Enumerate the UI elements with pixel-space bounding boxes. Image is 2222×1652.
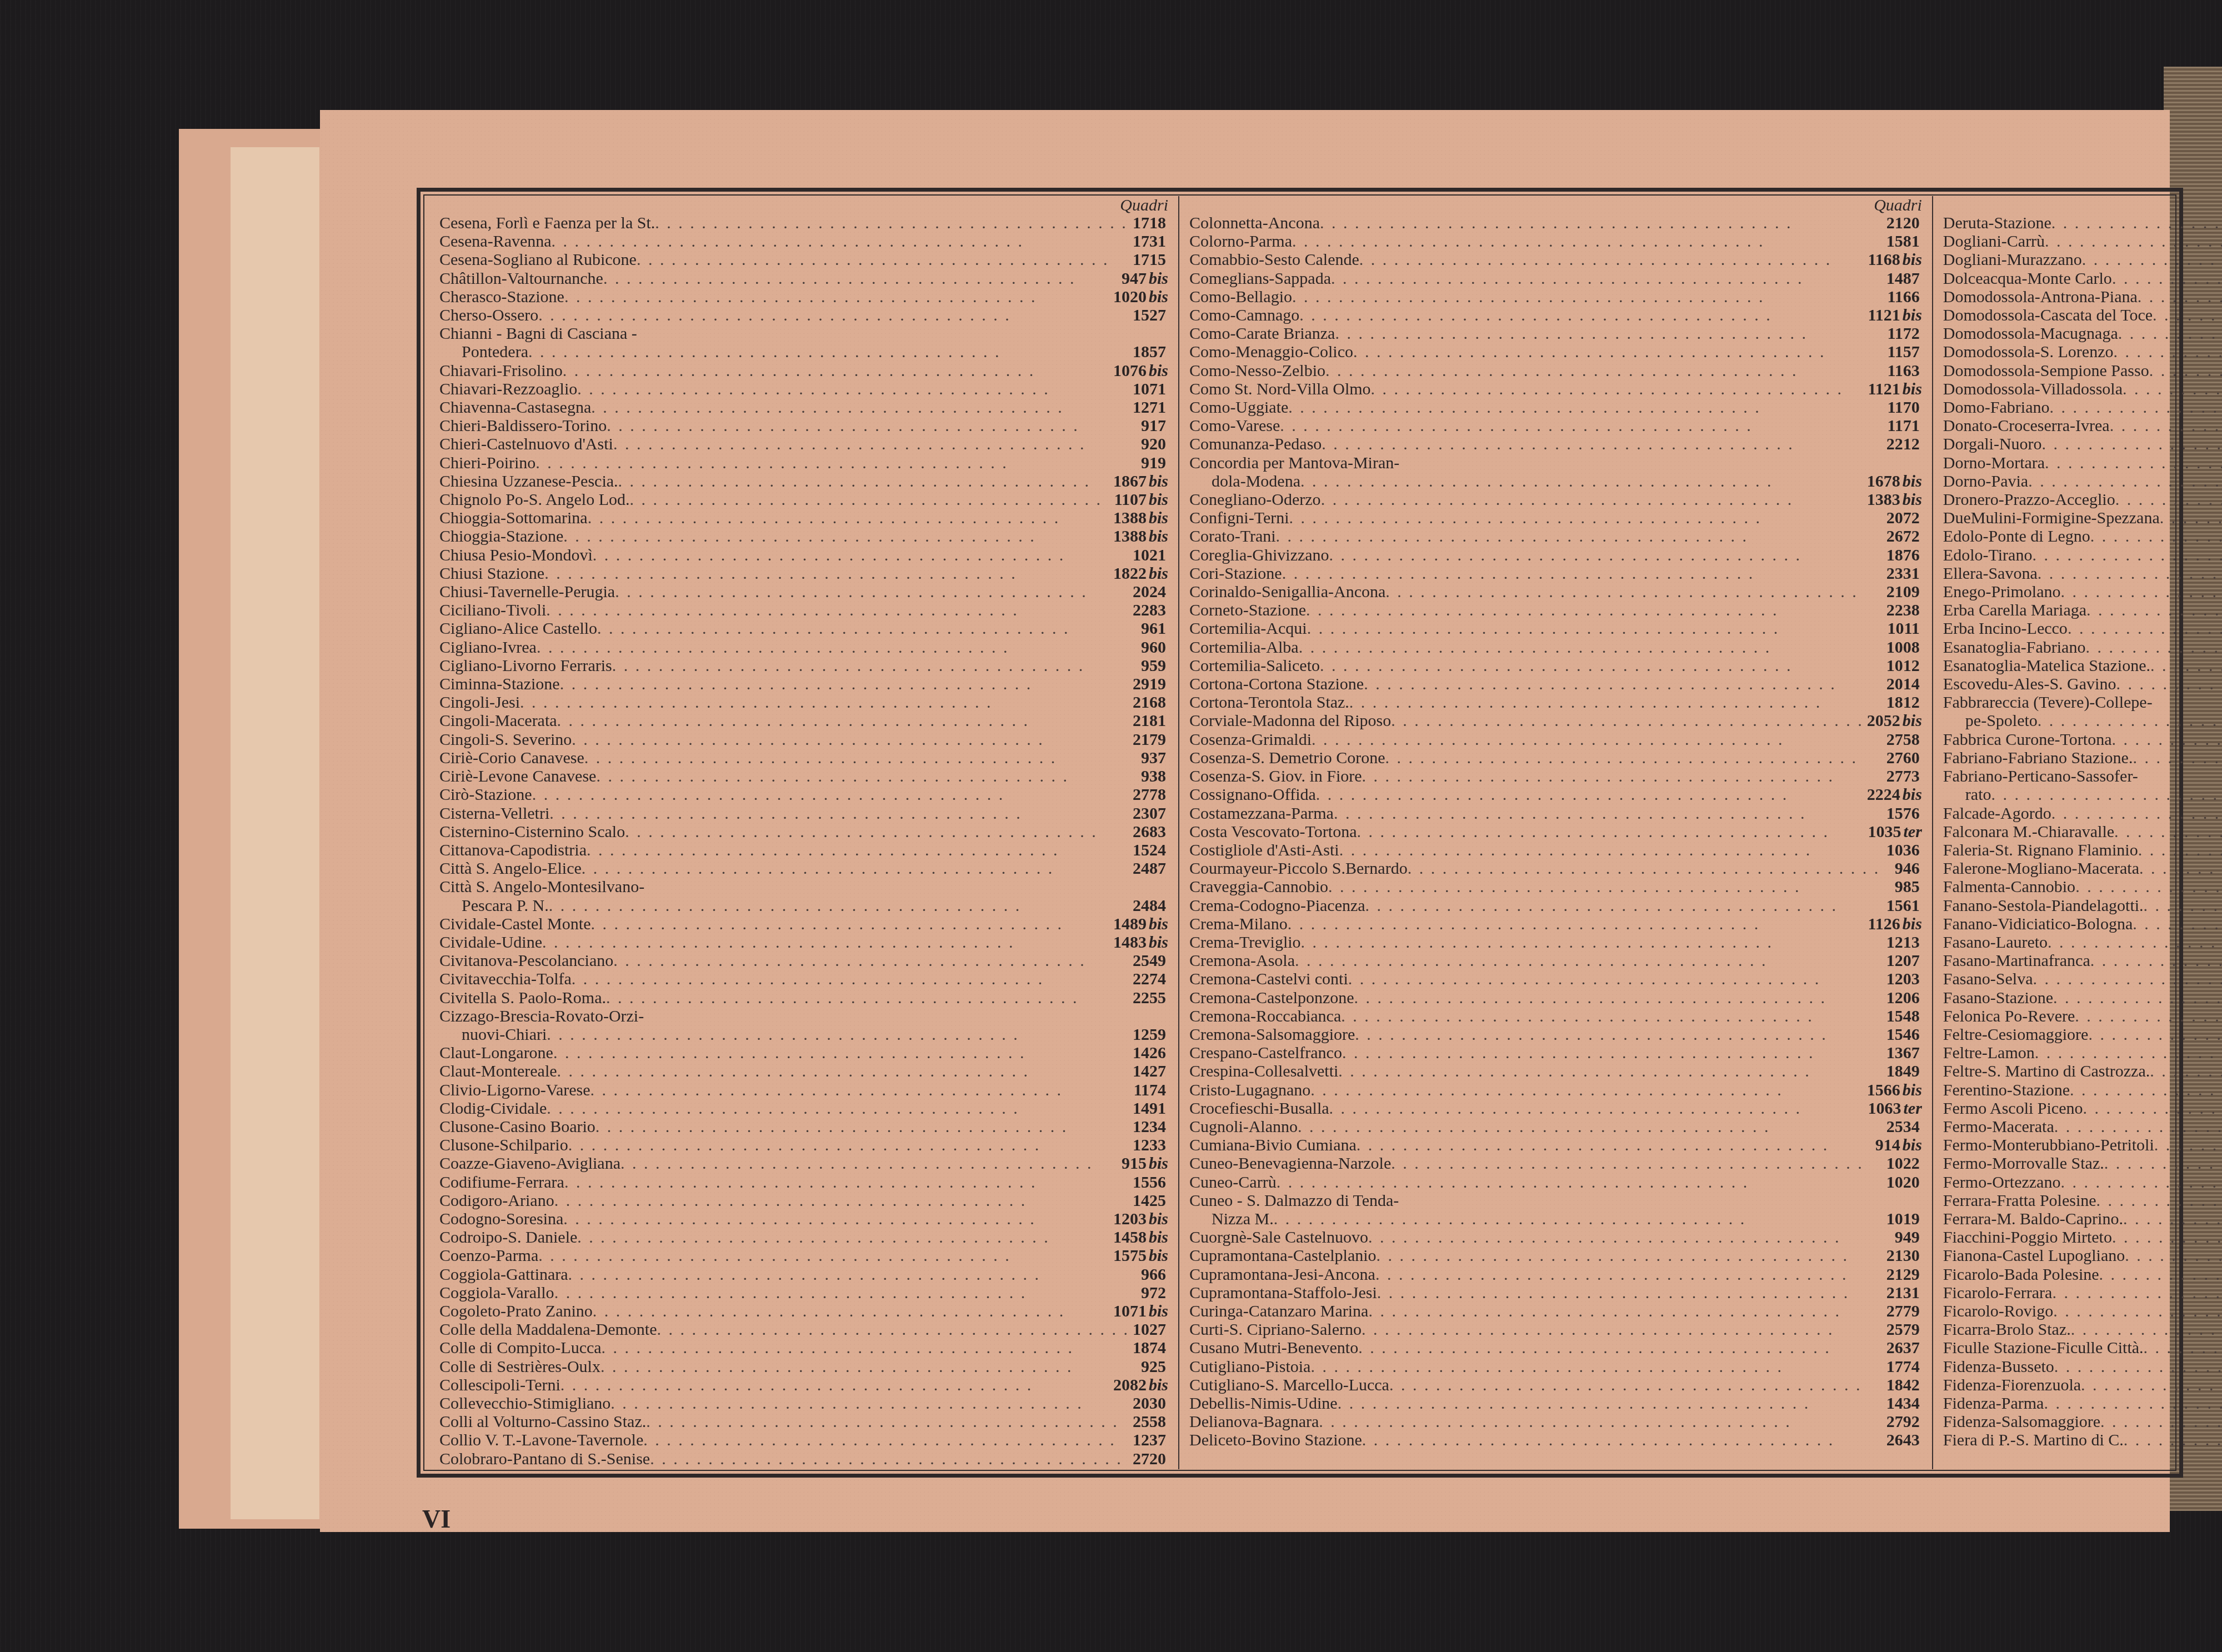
station-route-name: Ficulle Stazione-Ficulle Città. <box>1943 1339 2144 1357</box>
table-number-value: 1774 <box>1886 1358 1920 1376</box>
dot-leader <box>2123 1210 2222 1228</box>
table-number: 1021 <box>1129 546 1168 564</box>
table-number-suffix: bis <box>1149 490 1168 509</box>
table-number-value: 2024 <box>1133 583 1166 601</box>
table-number: 1367 <box>1883 1044 1922 1062</box>
table-number: 1107bis <box>1111 490 1168 509</box>
station-route-name: Cuneo - S. Dalmazzo di Tenda- <box>1189 1192 1399 1210</box>
table-number-value: 2579 <box>1886 1320 1920 1339</box>
table-number: 1581 <box>1883 232 1922 251</box>
table-number-value: 1011 <box>1887 619 1919 638</box>
table-number-suffix: bis <box>1903 472 1922 490</box>
table-number: 949 <box>1891 1228 1922 1246</box>
table-number: 1548 <box>1883 1007 1922 1025</box>
table-number: 1388bis <box>1110 527 1168 545</box>
station-route-name: Ficarolo-Bada Polesine <box>1943 1265 2099 1284</box>
table-number: 2549 <box>1129 952 1168 970</box>
dot-leader <box>1310 1081 1863 1099</box>
table-number-value: 1121 <box>1868 380 1900 398</box>
table-number: 2024 <box>1129 583 1168 601</box>
table-number-value: 960 <box>1141 638 1166 657</box>
table-number-value: 1491 <box>1133 1099 1166 1118</box>
station-route-name: Civitavecchia-Tolfa <box>439 970 572 988</box>
table-number: 2643 <box>1883 1431 1922 1449</box>
index-entry: Fanano-Vidiciatico-Bologna1698 <box>1943 915 2222 933</box>
table-number-value: 2283 <box>1133 601 1166 619</box>
dot-leader <box>549 897 1129 915</box>
table-number: 2672 <box>1883 527 1922 545</box>
table-number-suffix: bis <box>1149 527 1168 545</box>
index-entry: Fidenza-Busseto1588 <box>1943 1358 2222 1376</box>
table-number-value: 966 <box>1141 1265 1166 1284</box>
dot-leader <box>655 214 1129 232</box>
table-number: 1876 <box>1883 546 1922 564</box>
index-entry: Codogno-Soresina1203bis <box>439 1210 1168 1228</box>
dot-leader <box>1362 767 1883 785</box>
dot-leader <box>1338 1394 1883 1413</box>
station-route-name: Clodig-Cividale <box>439 1099 547 1118</box>
index-entry: Cuneo-Benevagienna-Narzole1022 <box>1189 1154 1922 1173</box>
index-entry: Crema-Milano1126bis <box>1189 915 1922 933</box>
station-route-name: Cesena, Forlì e Faenza per la St. <box>439 214 655 232</box>
dot-leader <box>1299 638 1883 657</box>
index-entry: Ciminna-Stazione2919 <box>439 675 1168 693</box>
table-number: 1561 <box>1883 897 1922 915</box>
station-route-name: Pescara P. N. <box>439 897 549 915</box>
index-entry: Dronero-Prazzo-Acceglio1026 <box>1943 490 2222 509</box>
station-route-name: Codifiume-Ferrara <box>439 1173 564 1192</box>
table-number-suffix: ter <box>1904 1099 1922 1118</box>
dot-leader <box>593 1302 1110 1320</box>
dot-leader <box>602 1339 1129 1357</box>
station-route-name: Fasano-Selva <box>1943 970 2033 988</box>
index-entry: Edolo-Tirano1281 <box>1943 546 2222 564</box>
table-number: 2307 <box>1129 804 1168 823</box>
index-entry: Fidenza-Salsomaggiore1590bis <box>1943 1413 2222 1431</box>
table-number: 1678bis <box>1864 472 1922 490</box>
table-number: 1166 <box>1884 288 1921 306</box>
dot-leader <box>2082 251 2222 269</box>
index-entry: Coggiola-Gattinara966 <box>439 1265 1168 1284</box>
dot-leader <box>1320 214 1883 232</box>
index-entry: Cesena, Forlì e Faenza per la St.1718 <box>439 214 1168 232</box>
station-route-name: Cuneo-Carrù <box>1189 1173 1277 1192</box>
dot-leader <box>1375 1265 1883 1284</box>
dot-leader <box>564 1173 1129 1192</box>
dot-leader <box>2054 1358 2222 1376</box>
dot-leader <box>2110 417 2222 435</box>
index-entry: Chioggia-Sottomarina1388bis <box>439 509 1168 527</box>
table-number: 1527 <box>1129 306 1168 324</box>
station-route-name: Châtillon-Valtournanche <box>439 269 603 288</box>
index-entry: Debellis-Nimis-Udine1434 <box>1189 1394 1922 1413</box>
table-number-value: 1857 <box>1133 343 1166 361</box>
table-number: 1849 <box>1883 1062 1922 1080</box>
station-route-name: Fidenza-Parma <box>1943 1394 2044 1413</box>
table-number: 2168 <box>1129 693 1168 712</box>
table-number-suffix: bis <box>1903 915 1922 933</box>
dot-leader <box>544 564 1110 583</box>
index-entry: Fiera di P.-S. Martino di C.1338bis <box>1943 1431 2222 1449</box>
table-number-value: 1008 <box>1886 638 1920 657</box>
station-index-table: QuadriCesena, Forlì e Faenza per la St.1… <box>417 188 2183 1478</box>
index-entry: Crespina-Collesalvetti1849 <box>1189 1062 1922 1080</box>
station-route-name: Como-Nesso-Zelbio <box>1189 362 1325 380</box>
index-entry: Dorno-Mortara1101 <box>1943 454 2222 472</box>
table-number: 1233 <box>1129 1136 1168 1154</box>
dot-leader <box>2113 343 2222 361</box>
station-route-name: Erba Carella Mariaga <box>1943 601 2086 619</box>
dot-leader <box>2075 878 2222 896</box>
station-route-name: Ferentino-Stazione <box>1943 1081 2070 1099</box>
index-entry: Costamezzana-Parma1576 <box>1189 804 1922 823</box>
index-entry: Cigliano-Ivrea960 <box>439 638 1168 657</box>
table-number-value: 1718 <box>1133 214 1166 232</box>
index-entry: rato2163 <box>1943 785 2222 804</box>
index-entry: Como St. Nord-Villa Olmo1121bis <box>1189 380 1922 398</box>
table-number-value: 2131 <box>1886 1284 1920 1302</box>
station-route-name: Cortemilia-Acqui <box>1189 619 1307 638</box>
dot-leader <box>618 472 1110 490</box>
station-route-name: Cigliano-Livorno Ferraris <box>439 657 612 675</box>
station-route-name: Cisterna-Velletri <box>439 804 549 823</box>
table-number: 966 <box>1138 1265 1168 1284</box>
dot-leader <box>1365 897 1883 915</box>
table-number-suffix: bis <box>1903 785 1922 804</box>
index-entry: Corato-Trani2672 <box>1189 527 1922 545</box>
station-route-name: Codroipo-S. Daniele <box>439 1228 577 1246</box>
dot-leader <box>1289 509 1883 527</box>
dot-leader <box>1359 251 1865 269</box>
index-entry: Colobraro-Pantano di S.-Senise2720 <box>439 1450 1168 1468</box>
table-number-value: 1812 <box>1886 693 1920 712</box>
dot-leader <box>2123 380 2222 398</box>
station-route-name: Fermo-Monterubbiano-Petritoli <box>1943 1136 2154 1154</box>
table-number: 1857 <box>1129 343 1168 361</box>
station-route-name: Cherasco-Stazione <box>439 288 564 306</box>
index-entry: Escovedu-Ales-S. Gavino2951 <box>1943 675 2222 693</box>
table-number-suffix: bis <box>1903 1136 1922 1154</box>
index-entry: Cupramontana-Castelplanio2130 <box>1189 1246 1922 1265</box>
dot-leader <box>560 675 1129 693</box>
station-route-name: Pontedera <box>439 343 528 361</box>
dot-leader <box>2154 1136 2222 1154</box>
dot-leader <box>2051 804 2222 823</box>
table-columns: QuadriCesena, Forlì e Faenza per la St.1… <box>429 196 2170 1469</box>
station-route-name: Claut-Longarone <box>439 1044 553 1062</box>
dot-leader <box>2144 897 2222 915</box>
dot-leader <box>587 841 1129 859</box>
dot-leader <box>1282 564 1883 583</box>
dot-leader <box>2083 1099 2222 1118</box>
table-number-value: 1203 <box>1113 1210 1147 1228</box>
dot-leader <box>637 251 1129 269</box>
index-entry: Cusano Mutri-Benevento2637 <box>1189 1339 1922 1357</box>
station-route-name: Como-Uggiate <box>1189 398 1288 417</box>
dot-leader <box>1329 1099 1865 1118</box>
station-route-name: Ferrara-M. Baldo-Caprino. <box>1943 1210 2123 1228</box>
index-entry: Cortemilia-Acqui1011 <box>1189 619 1922 638</box>
station-route-name: Falerone-Mogliano-Macerata <box>1943 859 2139 878</box>
table-number-value: 1020 <box>1886 1173 1920 1192</box>
table-number: 1483bis <box>1110 933 1168 952</box>
dot-leader <box>2160 509 2222 527</box>
index-entry: Ferrara-M. Baldo-Caprino.1415bis <box>1943 1210 2222 1228</box>
station-route-name: Clusone-Casino Boario <box>439 1118 595 1136</box>
table-number: 2778 <box>1129 785 1168 804</box>
index-entry: Cori-Stazione2331 <box>1189 564 1922 583</box>
index-entry: Ellera-Savona1053 bis, 1054bis <box>1943 564 2222 583</box>
station-route-name: Cingoli-Jesi <box>439 693 520 712</box>
station-route-name: Coenzo-Parma <box>439 1246 538 1265</box>
dot-leader <box>646 1413 1129 1431</box>
book-page: QuadriCesena, Forlì e Faenza per la St.1… <box>320 110 2170 1532</box>
station-route-name: Codogno-Soresina <box>439 1210 563 1228</box>
index-entry: Dogliani-Carrù1006 <box>1943 232 2222 251</box>
table-number-value: 2181 <box>1133 712 1166 730</box>
index-entry: Clusone-Casino Boario1234 <box>439 1118 1168 1136</box>
index-entry: Cortemilia-Alba1008 <box>1189 638 1922 657</box>
index-entry: Cingoli-Jesi2168 <box>439 693 1168 712</box>
index-entry: Delianova-Bagnara2792 <box>1189 1413 1922 1431</box>
index-entry: Cristo-Lugagnano1566bis <box>1189 1081 1922 1099</box>
station-route-name: Codigoro-Ariano <box>439 1192 554 1210</box>
dot-leader <box>2045 454 2222 472</box>
dot-leader <box>520 693 1129 712</box>
index-entry: Clusone-Schilpario1233 <box>439 1136 1168 1154</box>
index-entry: Esanatoglia-Matelica Stazione.2061 <box>1943 657 2222 675</box>
table-number-value: 947 <box>1122 269 1147 288</box>
dot-leader <box>1358 1339 1883 1357</box>
dot-leader <box>2081 1376 2222 1394</box>
station-route-name: Fermo-Ortezzano <box>1943 1173 2061 1192</box>
table-number: 1027 <box>1129 1320 1168 1339</box>
station-route-name: Cutigliano-Pistoia <box>1189 1358 1310 1376</box>
table-number: 1203bis <box>1110 1210 1168 1228</box>
station-route-name: Cherso-Ossero <box>439 306 538 324</box>
table-number-suffix: bis <box>1149 1246 1168 1265</box>
dot-leader <box>2038 564 2222 583</box>
table-number-value: 1483 <box>1113 933 1147 952</box>
table-number-value: 2919 <box>1133 675 1166 693</box>
station-route-name: Colle di Sestrières-Oulx <box>439 1358 600 1376</box>
station-route-name: nuovi-Chiari <box>439 1025 547 1044</box>
station-route-name: Comabbio-Sesto Calende <box>1189 251 1359 269</box>
table-number-value: 1487 <box>1886 269 1920 288</box>
table-number-value: 1867 <box>1113 472 1147 490</box>
index-entry: Colle di Sestrières-Oulx925 <box>439 1358 1168 1376</box>
dot-leader <box>1301 933 1883 952</box>
station-route-name: Ciriè-Levone Canavese <box>439 767 596 785</box>
dot-leader <box>1306 601 1883 619</box>
table-number-value: 1012 <box>1886 657 1920 675</box>
index-entry: Chieri-Castelnuovo d'Asti920 <box>439 435 1168 453</box>
station-route-name: Colorno-Parma <box>1189 232 1292 251</box>
dot-leader <box>1357 1136 1872 1154</box>
station-route-name: Corinaldo-Senigallia-Ancona <box>1189 583 1385 601</box>
index-entry: Crespano-Castelfranco1367 <box>1189 1044 1922 1062</box>
dot-leader <box>2111 730 2222 749</box>
table-number-value: 2255 <box>1133 989 1166 1007</box>
dot-leader <box>2075 1007 2222 1025</box>
table-number-value: 1259 <box>1133 1025 1166 1044</box>
table-number: 1731 <box>1129 232 1168 251</box>
table-number-suffix: ter <box>1904 823 1922 841</box>
index-entry: Città S. Angelo-Elice2487 <box>439 859 1168 878</box>
station-route-name: Concordia per Mantova-Miran- <box>1189 454 1399 472</box>
dot-leader <box>1348 970 1883 988</box>
table-number: 1575bis <box>1110 1246 1168 1265</box>
station-route-name: Coggiola-Gattinara <box>439 1265 568 1284</box>
table-number: 2212 <box>1883 435 1922 453</box>
station-route-name: Comeglians-Sappada <box>1189 269 1331 288</box>
table-number-value: 1126 <box>1868 915 1900 933</box>
table-number: 1022 <box>1883 1154 1922 1173</box>
station-route-name: Cutigliano-S. Marcello-Lucca <box>1189 1376 1389 1394</box>
table-number: 1121bis <box>1864 380 1921 398</box>
station-route-name: Comunanza-Pedaso <box>1189 435 1322 453</box>
station-route-name: Costigliole d'Asti-Asti <box>1189 841 1339 859</box>
table-number: 2255 <box>1129 989 1168 1007</box>
dot-leader <box>2124 1431 2222 1449</box>
table-number: 1556 <box>1129 1173 1168 1192</box>
index-entry: Cortemilia-Saliceto1012 <box>1189 657 1922 675</box>
dot-leader <box>554 1192 1129 1210</box>
station-route-name: Città S. Angelo-Elice <box>439 859 582 878</box>
station-route-name: Erba Incino-Lecco <box>1943 619 2068 638</box>
station-route-name: Feltre-S. Martino di Castrozza. <box>1943 1062 2150 1080</box>
dot-leader <box>1385 749 1883 767</box>
index-entry: Dorgali-Nuoro2942 <box>1943 435 2222 453</box>
table-number: 1874 <box>1129 1339 1168 1357</box>
table-number-value: 2307 <box>1133 804 1166 823</box>
index-entry: Cumiana-Bivio Cumiana914bis <box>1189 1136 1922 1154</box>
table-number: 2919 <box>1129 675 1168 693</box>
index-entry: Ferrara-Fratta Polesine1555 <box>1943 1192 2222 1210</box>
station-route-name: Fidenza-Salsomaggiore <box>1943 1413 2100 1431</box>
dot-leader <box>2086 601 2222 619</box>
station-route-name: Fermo-Macerata <box>1943 1118 2054 1136</box>
station-route-name: Conegliano-Oderzo <box>1189 490 1321 509</box>
index-entry: Cizzago-Brescia-Rovato-Orzi- <box>439 1007 1168 1025</box>
station-route-name: Cortemilia-Alba <box>1189 638 1299 657</box>
station-route-name: Cirò-Stazione <box>439 785 532 804</box>
dot-leader <box>2133 915 2222 933</box>
station-route-name: Cuneo-Benevagienna-Narzole <box>1189 1154 1391 1173</box>
table-number-value: 2052 <box>1867 712 1900 730</box>
station-route-name: Cremona-Castelponzone <box>1189 989 1354 1007</box>
station-route-name: Chianni - Bagni di Casciana - <box>439 324 637 343</box>
index-entry: Pontedera1857 <box>439 343 1168 361</box>
index-entry: Cisternino-Cisternino Scalo2683 <box>439 823 1168 841</box>
station-route-name: Crema-Milano <box>1189 915 1288 933</box>
dot-leader <box>2052 1284 2222 1302</box>
station-route-name: Ciciliano-Tivoli <box>439 601 546 619</box>
station-route-name: Fidenza-Busseto <box>1943 1358 2054 1376</box>
station-route-name: Chiesina Uzzanese-Pescia. <box>439 472 618 490</box>
table-number: 2331 <box>1883 564 1922 583</box>
table-number-value: 1107 <box>1114 490 1147 509</box>
dot-leader <box>1377 1284 1883 1302</box>
dot-leader <box>607 417 1138 435</box>
dot-leader <box>1320 657 1883 675</box>
station-route-name: Dolceacqua-Monte Carlo <box>1943 269 2112 288</box>
index-entry: Cividale-Udine1483bis <box>439 933 1168 952</box>
table-number-value: 1172 <box>1887 324 1919 343</box>
table-number-value: 2109 <box>1886 583 1920 601</box>
table-number <box>1163 878 1168 896</box>
index-entry: Domo-Fabriano2162 <box>1943 398 2222 417</box>
station-route-name: Enego-Primolano <box>1943 583 2061 601</box>
table-number: 938 <box>1138 767 1168 785</box>
station-route-name: Chignolo Po-S. Angelo Lod. <box>439 490 630 509</box>
dot-leader <box>1335 324 1884 343</box>
index-entry: Chignolo Po-S. Angelo Lod.1107bis <box>439 490 1168 509</box>
dot-leader <box>564 288 1110 306</box>
table-number-value: 1076 <box>1113 362 1147 380</box>
table-number-value: 949 <box>1895 1228 1920 1246</box>
table-number: 1206 <box>1883 989 1922 1007</box>
station-route-name: Cortemilia-Saliceto <box>1189 657 1320 675</box>
table-number-suffix: bis <box>1149 1210 1168 1228</box>
station-route-name: Felonica Po-Revere <box>1943 1007 2075 1025</box>
dot-leader <box>2149 362 2222 380</box>
back-page-insert <box>231 147 319 1519</box>
table-number: 2120 <box>1883 214 1922 232</box>
index-entry: Fermo-Morrovalle Staz.2201 <box>1943 1154 2222 1173</box>
table-number-value: 1170 <box>1887 398 1919 417</box>
dot-leader <box>2028 472 2222 490</box>
table-number: 2082bis <box>1110 1376 1168 1394</box>
table-number: 1174 <box>1130 1081 1168 1099</box>
dot-leader <box>2096 1192 2222 1210</box>
table-number: 1259 <box>1129 1025 1168 1044</box>
dot-leader <box>2115 490 2222 509</box>
station-route-name: Dorgali-Nuoro <box>1943 435 2042 453</box>
dot-leader <box>553 1044 1129 1062</box>
index-entry: Corinaldo-Senigallia-Ancona2109 <box>1189 583 1922 601</box>
station-route-name: Feltre-Cesiomaggiore <box>1943 1025 2089 1044</box>
table-number: 1715 <box>1129 251 1168 269</box>
station-route-name: Domodossola-Villadossola <box>1943 380 2123 398</box>
station-route-name: Chiavari-Frisolino <box>439 362 563 380</box>
index-entry: Collescipoli-Terni2082bis <box>439 1376 1168 1394</box>
index-entry: Ciriè-Corio Canavese937 <box>439 749 1168 767</box>
station-route-name: Dorno-Mortara <box>1943 454 2045 472</box>
table-number: 2534 <box>1883 1118 1922 1136</box>
station-route-name: Cremona-Roccabianca <box>1189 1007 1341 1025</box>
table-number-value: 2643 <box>1886 1431 1920 1449</box>
dot-leader <box>2153 306 2222 324</box>
dot-leader <box>2133 749 2222 767</box>
station-route-name: Deruta-Stazione <box>1943 214 2051 232</box>
table-number-value: 2030 <box>1133 1394 1166 1413</box>
index-entry: Erba Incino-Lecco1178 <box>1943 619 2222 638</box>
index-entry: Falerone-Mogliano-Macerata2201bis <box>1943 859 2222 878</box>
station-route-name: Cividale-Udine <box>439 933 542 952</box>
index-entry: dola-Modena1678bis <box>1189 472 1922 490</box>
index-entry: Dolceacqua-Monte Carlo1050ter <box>1943 269 2222 288</box>
table-number: 985 <box>1891 878 1922 896</box>
dot-leader <box>2048 933 2222 952</box>
table-number: 1126bis <box>1864 915 1921 933</box>
dot-leader <box>2139 859 2222 878</box>
station-route-name: Cigliano-Alice Castello <box>439 619 597 638</box>
station-route-name: Nizza M. <box>1189 1210 1274 1228</box>
table-number-value: 1071 <box>1133 380 1166 398</box>
dot-leader <box>1391 1154 1883 1173</box>
table-number-value: 1576 <box>1886 804 1920 823</box>
